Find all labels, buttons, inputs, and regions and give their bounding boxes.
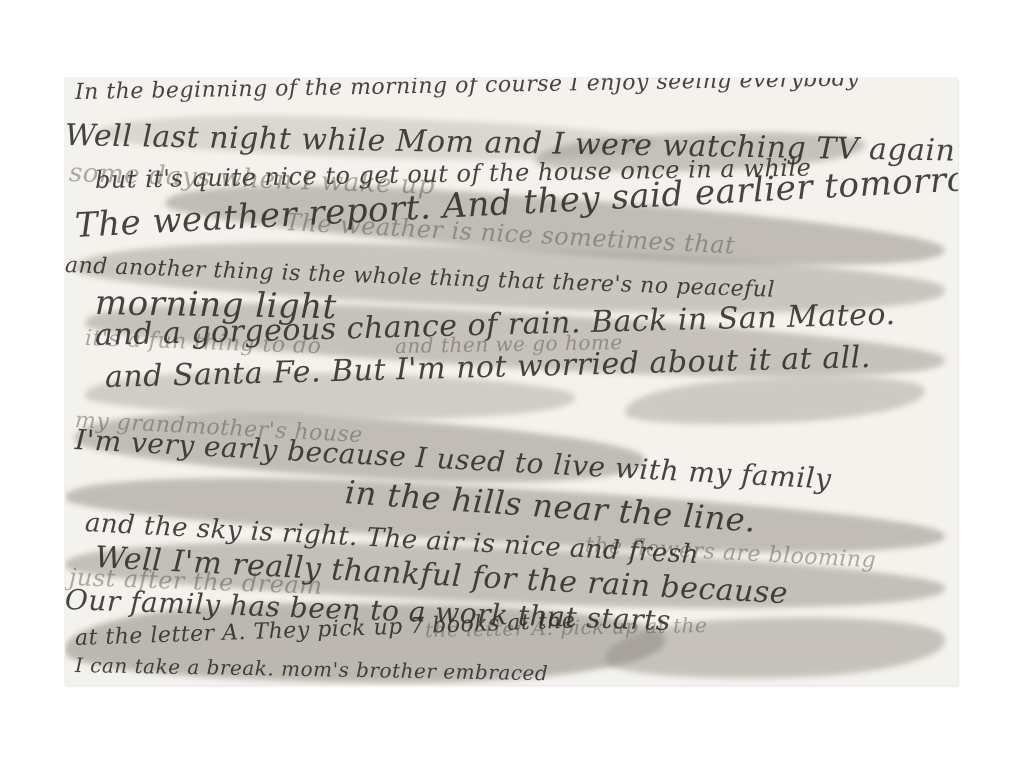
handwritten-line: In the beginning of the morning of cours…	[75, 78, 860, 105]
artwork-paper: some days when I wake up The weather is …	[65, 78, 958, 685]
